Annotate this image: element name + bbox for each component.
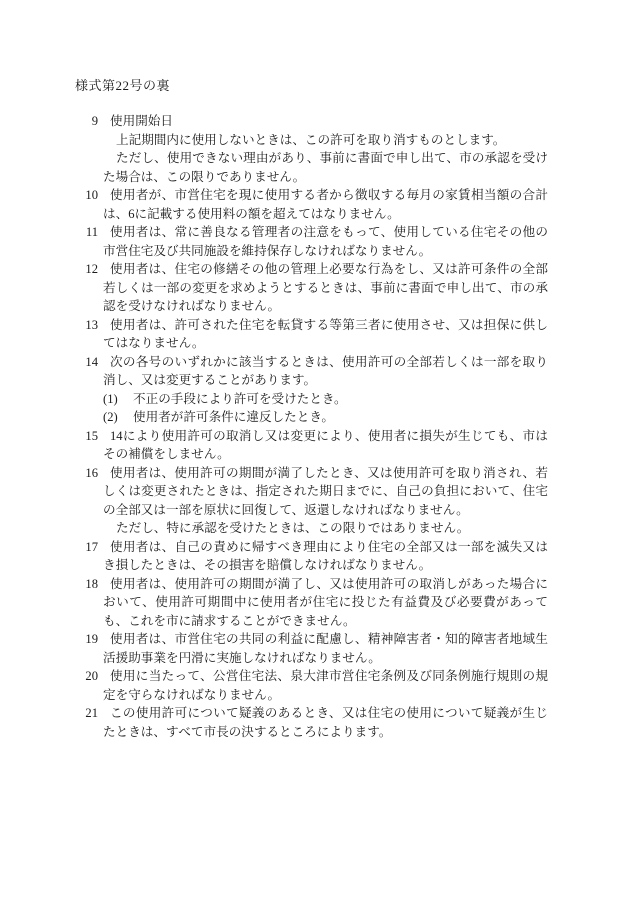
clause-body: 使用者が、市営住宅を現に使用する者から徴収する毎月の家賃相当額の合計は、6に記載… bbox=[103, 186, 548, 223]
clause-number: 13 bbox=[85, 316, 98, 335]
clause-paragraph: 使用者は、住宅の修繕その他の管理上必要な行為をし、又は許可条件の全部若しくは一部… bbox=[103, 260, 548, 316]
clause-item: 14次の各号のいずれかに該当するときは、使用許可の全部若しくは一部を取り消し、又… bbox=[85, 353, 548, 427]
clause-number: 15 bbox=[85, 427, 98, 446]
clause-paragraph: 使用者は、市営住宅の共同の利益に配慮し、精神障害者・知的障害者地域生活援助事業を… bbox=[103, 630, 548, 667]
clause-paragraph: 使用者は、自己の責めに帰すべき理由により住宅の全部又は一部を滅失又はき損したとき… bbox=[103, 538, 548, 575]
clause-number: 16 bbox=[85, 464, 98, 483]
clause-paragraph: 使用者は、常に善良なる管理者の注意をもって、使用している住宅その他の市営住宅及び… bbox=[103, 223, 548, 260]
clause-paragraph: 使用者が、市営住宅を現に使用する者から徴収する毎月の家賃相当額の合計は、6に記載… bbox=[103, 186, 548, 223]
clause-body: 使用者は、市営住宅の共同の利益に配慮し、精神障害者・知的障害者地域生活援助事業を… bbox=[103, 630, 548, 667]
clause-paragraph: 上記期間内に使用しないときは、この許可を取り消すものとします。 bbox=[103, 131, 548, 150]
clause-paragraph: (1)不正の手段により許可を受けたとき。 bbox=[103, 390, 548, 409]
document-page: 様式第22号の裏 9使用開始日上記期間内に使用しないときは、この許可を取り消すも… bbox=[0, 0, 630, 903]
clause-number: 11 bbox=[85, 223, 98, 242]
clause-number: 10 bbox=[85, 186, 98, 205]
clause-paragraph: (2)使用者が許可条件に違反したとき。 bbox=[103, 408, 548, 427]
clause-body: 使用者は、許可された住宅を転貸する等第三者に使用させ、又は担保に供してはなりませ… bbox=[103, 316, 548, 353]
clause-paragraph: 次の各号のいずれかに該当するときは、使用許可の全部若しくは一部を取り消し、又は変… bbox=[103, 353, 548, 390]
form-number-label: 様式第22号の裏 bbox=[75, 78, 170, 94]
clause-paragraph: この使用許可について疑義のあるとき、又は住宅の使用について疑義が生じたときは、す… bbox=[103, 704, 548, 741]
clause-item: 17使用者は、自己の責めに帰すべき理由により住宅の全部又は一部を滅失又はき損した… bbox=[85, 538, 548, 575]
clause-body: 使用開始日上記期間内に使用しないときは、この許可を取り消すものとします。ただし、… bbox=[103, 112, 548, 186]
clause-paragraph: ただし、特に承認を受けたときは、この限りではありません。 bbox=[103, 519, 548, 538]
clause-paragraph: 使用に当たって、公営住宅法、泉大津市営住宅条例及び同条例施行規則の規定を守らなけ… bbox=[103, 667, 548, 704]
enum-number: (1) bbox=[103, 390, 133, 409]
enum-text: 使用者が許可条件に違反したとき。 bbox=[133, 410, 334, 424]
clause-body: 使用者は、住宅の修繕その他の管理上必要な行為をし、又は許可条件の全部若しくは一部… bbox=[103, 260, 548, 316]
clause-item: 19使用者は、市営住宅の共同の利益に配慮し、精神障害者・知的障害者地域生活援助事… bbox=[85, 630, 548, 667]
clause-paragraph: 使用開始日 bbox=[103, 112, 548, 131]
clause-body: 使用者は、自己の責めに帰すべき理由により住宅の全部又は一部を滅失又はき損したとき… bbox=[103, 538, 548, 575]
clause-item: 10使用者が、市営住宅を現に使用する者から徴収する毎月の家賃相当額の合計は、6に… bbox=[85, 186, 548, 223]
clause-number: 9 bbox=[85, 112, 98, 131]
clause-paragraph: 使用者は、許可された住宅を転貸する等第三者に使用させ、又は担保に供してはなりませ… bbox=[103, 316, 548, 353]
enum-text: 不正の手段により許可を受けたとき。 bbox=[133, 392, 347, 406]
clause-body: 使用者は、使用許可の期間が満了し、又は使用許可の取消しがあった場合において、使用… bbox=[103, 575, 548, 631]
clause-body: 14により使用許可の取消し又は変更により、使用者に損失が生じても、市はその補償を… bbox=[103, 427, 548, 464]
clause-body: 使用に当たって、公営住宅法、泉大津市営住宅条例及び同条例施行規則の規定を守らなけ… bbox=[103, 667, 548, 704]
clause-number: 21 bbox=[85, 704, 98, 723]
clause-number: 20 bbox=[85, 667, 98, 686]
clause-number: 18 bbox=[85, 575, 98, 594]
clause-paragraph: ただし、使用できない理由があり、事前に書面で申し出て、市の承認を受けた場合は、こ… bbox=[103, 149, 548, 186]
clause-body: 使用者は、使用許可の期間が満了したとき、又は使用許可を取り消され、若しくは変更さ… bbox=[103, 464, 548, 538]
clause-item: 12使用者は、住宅の修繕その他の管理上必要な行為をし、又は許可条件の全部若しくは… bbox=[85, 260, 548, 316]
clause-item: 18使用者は、使用許可の期間が満了し、又は使用許可の取消しがあった場合において、… bbox=[85, 575, 548, 631]
clause-number: 17 bbox=[85, 538, 98, 557]
clause-paragraph: 使用者は、使用許可の期間が満了し、又は使用許可の取消しがあった場合において、使用… bbox=[103, 575, 548, 631]
clause-paragraph: 14により使用許可の取消し又は変更により、使用者に損失が生じても、市はその補償を… bbox=[103, 427, 548, 464]
clause-item: 1514により使用許可の取消し又は変更により、使用者に損失が生じても、市はその補… bbox=[85, 427, 548, 464]
clause-item: 11使用者は、常に善良なる管理者の注意をもって、使用している住宅その他の市営住宅… bbox=[85, 223, 548, 260]
clause-item: 16使用者は、使用許可の期間が満了したとき、又は使用許可を取り消され、若しくは変… bbox=[85, 464, 548, 538]
clauses-list: 9使用開始日上記期間内に使用しないときは、この許可を取り消すものとします。ただし… bbox=[85, 112, 548, 741]
clause-body: 使用者は、常に善良なる管理者の注意をもって、使用している住宅その他の市営住宅及び… bbox=[103, 223, 548, 260]
clause-number: 12 bbox=[85, 260, 98, 279]
clause-body: 次の各号のいずれかに該当するときは、使用許可の全部若しくは一部を取り消し、又は変… bbox=[103, 353, 548, 427]
clause-item: 13使用者は、許可された住宅を転貸する等第三者に使用させ、又は担保に供してはなり… bbox=[85, 316, 548, 353]
clause-number: 14 bbox=[85, 353, 98, 372]
clause-item: 21この使用許可について疑義のあるとき、又は住宅の使用について疑義が生じたときは… bbox=[85, 704, 548, 741]
clause-item: 20使用に当たって、公営住宅法、泉大津市営住宅条例及び同条例施行規則の規定を守ら… bbox=[85, 667, 548, 704]
clause-body: この使用許可について疑義のあるとき、又は住宅の使用について疑義が生じたときは、す… bbox=[103, 704, 548, 741]
clause-paragraph: 使用者は、使用許可の期間が満了したとき、又は使用許可を取り消され、若しくは変更さ… bbox=[103, 464, 548, 520]
clause-number: 19 bbox=[85, 630, 98, 649]
clause-item: 9使用開始日上記期間内に使用しないときは、この許可を取り消すものとします。ただし… bbox=[85, 112, 548, 186]
enum-number: (2) bbox=[103, 408, 133, 427]
